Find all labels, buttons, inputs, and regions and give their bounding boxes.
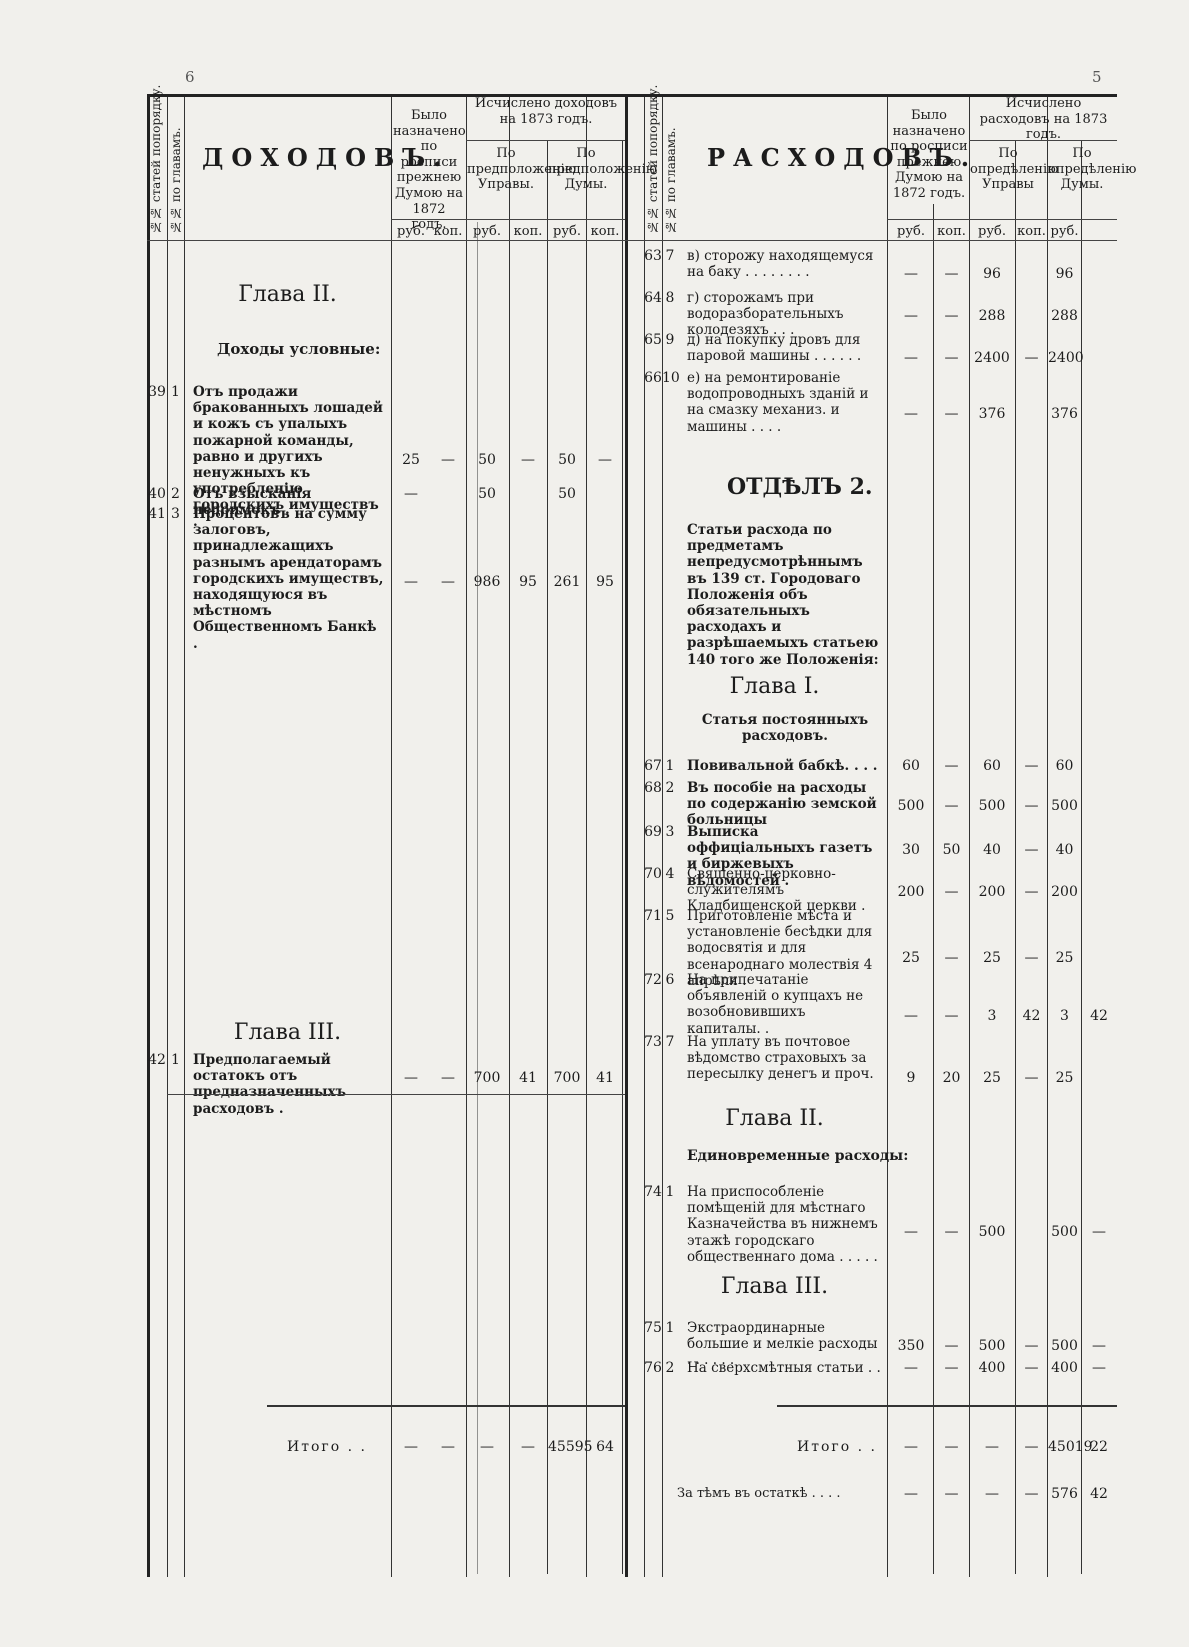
- cell: —: [889, 1360, 933, 1376]
- section-heading: Статья постоянныхъ расходовъ.: [687, 712, 883, 744]
- chapter-number: 2: [167, 486, 184, 502]
- cell: 986: [467, 574, 507, 590]
- cell: 500: [970, 798, 1014, 814]
- kop-label: коп.: [587, 224, 623, 240]
- chapter-number: 5: [662, 908, 678, 924]
- row-text: Предполагаемый остатокъ отъ предназначен…: [193, 1052, 385, 1117]
- remainder-label: За тѣмъ въ остаткѣ . . . .: [677, 1486, 841, 1502]
- row-text: д) на покупку дровъ для паровой машины .…: [687, 332, 883, 364]
- col-header-uprava: По опредѣленію Управы: [970, 146, 1046, 193]
- cell: 40: [1048, 842, 1081, 858]
- rub-label: руб.: [393, 224, 429, 240]
- cell: —: [934, 1008, 969, 1024]
- cell: —: [934, 884, 969, 900]
- row-text: в) сторожу находящемуся на баку . . . . …: [687, 248, 883, 280]
- col-header-uprava: По предположенію Управы.: [467, 146, 545, 193]
- row-number: 64: [644, 290, 662, 306]
- cell: —: [509, 452, 547, 468]
- row-number: 66: [644, 370, 662, 386]
- section-heading: Единовременные расходы:: [687, 1148, 908, 1164]
- col-header-group: Исчислено расходовъ на 1873 годъ.: [970, 96, 1117, 143]
- cell: —: [934, 350, 969, 366]
- rub-label: руб.: [889, 224, 933, 240]
- cell: 261: [548, 574, 586, 590]
- chapter-number: 1: [167, 1052, 184, 1068]
- cell: —: [393, 574, 429, 590]
- row-number: 41: [147, 506, 167, 522]
- cell: —: [1016, 884, 1047, 900]
- col-header-prev: Было назначено по росписи прежнею Думою …: [393, 108, 465, 233]
- cell: —: [431, 574, 465, 590]
- cell: 50: [548, 486, 586, 502]
- cell: 200: [1048, 884, 1081, 900]
- divider: [586, 97, 587, 1577]
- income-total-value: 45595: [548, 1439, 586, 1455]
- rule: [167, 1094, 625, 1095]
- expense-total-label: Итого . .: [797, 1439, 877, 1455]
- cell: 2400: [1048, 350, 1081, 366]
- cell: —: [587, 452, 623, 468]
- chapter-number: 2: [662, 780, 678, 796]
- col-header-group: Исчислено доходовъ на 1873 годъ.: [467, 96, 625, 127]
- cell: —: [1016, 1360, 1047, 1376]
- cell: —: [970, 1439, 1014, 1455]
- budget-table: №№ статей попорядку. №№ по главамъ. ДОХО…: [147, 94, 1117, 1574]
- row-number: 72: [644, 972, 662, 988]
- col-header-duma: По опредѣленію Думы.: [1048, 146, 1116, 193]
- row-number: 70: [644, 866, 662, 882]
- kop-label: коп.: [431, 224, 465, 240]
- cell: —: [934, 406, 969, 422]
- row-text: На уплату въ почтовое вѣдомство страховы…: [687, 1034, 883, 1083]
- cell: —: [889, 266, 933, 282]
- row-number: 75: [644, 1320, 662, 1336]
- cell: —: [889, 1224, 933, 1240]
- cell: —: [889, 1008, 933, 1024]
- chapter-heading: Глава III.: [662, 1274, 887, 1299]
- cell: 500: [1048, 798, 1081, 814]
- cell: 500: [970, 1224, 1014, 1240]
- center-divider: [625, 97, 628, 1577]
- cell: —: [431, 1439, 465, 1455]
- col-header-chapter: №№ по главамъ.: [169, 124, 183, 234]
- chapter-number: 1: [662, 1184, 678, 1200]
- col-header-order: №№ статей попорядку.: [149, 104, 163, 234]
- total-rule: [267, 1405, 625, 1407]
- row-number: 68: [644, 780, 662, 796]
- cell: —: [970, 1486, 1014, 1502]
- cell: 3: [970, 1008, 1014, 1024]
- cell: 200: [970, 884, 1014, 900]
- chapter-number: 1: [167, 384, 184, 400]
- kop-label: коп.: [1016, 224, 1047, 240]
- divider: [622, 140, 623, 1574]
- cell: 25: [1048, 1070, 1081, 1086]
- divider: [477, 222, 478, 1574]
- col-header-order: №№ статей попорядку.: [646, 104, 660, 234]
- cell: —: [934, 1224, 969, 1240]
- cell: —: [431, 1070, 465, 1086]
- cell: —: [1082, 1338, 1116, 1354]
- cell: —: [934, 308, 969, 324]
- cell: —: [1016, 842, 1047, 858]
- cell: —: [431, 452, 465, 468]
- cell: 200: [889, 884, 933, 900]
- cell: 25: [1048, 950, 1081, 966]
- cell: —: [934, 1439, 969, 1455]
- cell: 500: [1048, 1338, 1081, 1354]
- cell: —: [934, 758, 969, 774]
- otdel-description: Статьи расхода по предметамъ непредусмот…: [687, 522, 883, 668]
- income-total-label: Итого . .: [287, 1439, 367, 1455]
- row-number: 63: [644, 248, 662, 264]
- cell: 64: [587, 1439, 623, 1455]
- cell: 25: [970, 950, 1014, 966]
- header-rule: [466, 140, 625, 141]
- cell: 500: [970, 1338, 1014, 1354]
- row-number: 65: [644, 332, 662, 348]
- chapter-number: 7: [662, 1034, 678, 1050]
- divider: [887, 97, 888, 1577]
- cell: —: [393, 486, 429, 502]
- cell: 42: [1082, 1486, 1116, 1502]
- cell: 25: [889, 950, 933, 966]
- cell: —: [1016, 1338, 1047, 1354]
- header-bottom-rule: [147, 240, 1117, 241]
- cell: 400: [970, 1360, 1014, 1376]
- cell: —: [1016, 950, 1047, 966]
- cell: 500: [889, 798, 933, 814]
- cell: —: [934, 1338, 969, 1354]
- cell: 288: [970, 308, 1014, 324]
- cell: 60: [1048, 758, 1081, 774]
- cell: —: [934, 1486, 969, 1502]
- cell: —: [889, 406, 933, 422]
- cell: 376: [1048, 406, 1081, 422]
- cell: 50: [467, 452, 507, 468]
- cell: —: [934, 798, 969, 814]
- cell: 376: [970, 406, 1014, 422]
- cell: 9: [889, 1070, 933, 1086]
- cell: 96: [970, 266, 1014, 282]
- cell: 96: [1048, 266, 1081, 282]
- row-number: 76: [644, 1360, 662, 1376]
- cell: 288: [1048, 308, 1081, 324]
- cell: —: [889, 1439, 933, 1455]
- cell: 500: [1048, 1224, 1081, 1240]
- chapter-number: 1: [662, 758, 678, 774]
- row-number: 74: [644, 1184, 662, 1200]
- cell: —: [467, 1439, 507, 1455]
- cell: 22: [1082, 1439, 1116, 1455]
- cell: 350: [889, 1338, 933, 1354]
- col-header-prev: Было назначено по росписи прежнею Думою …: [889, 108, 969, 202]
- row-number: 40: [147, 486, 167, 502]
- cell: —: [1016, 1070, 1047, 1086]
- cell: 700: [548, 1070, 586, 1086]
- row-number: 71: [644, 908, 662, 924]
- cell: 3: [1048, 1008, 1081, 1024]
- left-border: [147, 97, 150, 1577]
- cell: 20: [934, 1070, 969, 1086]
- kop-label: коп.: [509, 224, 547, 240]
- cell: 42: [1016, 1008, 1047, 1024]
- cell: 50: [934, 842, 969, 858]
- cell: 25: [393, 452, 429, 468]
- cell: 400: [1048, 1360, 1081, 1376]
- cell: —: [1016, 1486, 1047, 1502]
- chapter-number: 3: [662, 824, 678, 840]
- page-number-left: 6: [185, 68, 195, 86]
- chapter-heading: Глава III.: [184, 1020, 391, 1045]
- cell: —: [889, 308, 933, 324]
- divider: [466, 97, 467, 1577]
- row-number: 42: [147, 1052, 167, 1068]
- row-text: На припечатаніе объявленій о купцахъ не …: [687, 972, 883, 1037]
- remainder-value: 576: [1048, 1486, 1081, 1502]
- row-text: На сверхсмѣтныя статьи . .: [687, 1360, 883, 1376]
- row-number: 73: [644, 1034, 662, 1050]
- rub-label: руб.: [970, 224, 1014, 240]
- cell: —: [889, 350, 933, 366]
- cell: 95: [509, 574, 547, 590]
- cell: —: [1016, 758, 1047, 774]
- cell: 25: [970, 1070, 1014, 1086]
- cell: —: [393, 1070, 429, 1086]
- chapter-number: 7: [662, 248, 678, 264]
- divider: [547, 140, 548, 1574]
- row-text: На приспособленіе помѣщеній для мѣстнаго…: [687, 1184, 883, 1265]
- chapter-number: 4: [662, 866, 678, 882]
- row-text: Повивальной бабкѣ. . . .: [687, 758, 883, 774]
- cell: 60: [970, 758, 1014, 774]
- cell: 30: [889, 842, 933, 858]
- row-number: 39: [147, 384, 167, 400]
- cell: —: [934, 1360, 969, 1376]
- rub-label: руб.: [467, 224, 507, 240]
- chapter-number: 9: [662, 332, 678, 348]
- chapter-number: 6: [662, 972, 678, 988]
- row-text: Въ пособіе на расходы по содержанію земс…: [687, 780, 883, 829]
- cell: —: [1082, 1360, 1116, 1376]
- rub-label: руб.: [548, 224, 586, 240]
- cell: 50: [467, 486, 507, 502]
- cell: —: [889, 1486, 933, 1502]
- divider: [167, 97, 168, 1577]
- cell: —: [934, 950, 969, 966]
- cell: —: [509, 1439, 547, 1455]
- divider: [184, 97, 185, 1577]
- cell: 50: [548, 452, 586, 468]
- cell: 42: [1082, 1008, 1116, 1024]
- cell: 41: [587, 1070, 623, 1086]
- cell: 2400: [970, 350, 1014, 366]
- row-text: Процентовъ на сумму залоговъ, принадлежа…: [193, 506, 385, 652]
- chapter-number: 3: [167, 506, 184, 522]
- row-number: 69: [644, 824, 662, 840]
- chapter-number: 8: [662, 290, 678, 306]
- row-text: е) на ремонтированіе водопроводныхъ здан…: [687, 370, 883, 435]
- cell: 40: [970, 842, 1014, 858]
- cell: 60: [889, 758, 933, 774]
- rub-label: руб.: [1048, 224, 1081, 240]
- col-header-duma: По предположенію Думы.: [548, 146, 624, 193]
- cell: 95: [587, 574, 623, 590]
- kop-label: коп.: [934, 224, 969, 240]
- cell: —: [1016, 798, 1047, 814]
- section-heading: Доходы условные:: [217, 340, 380, 358]
- divider: [391, 97, 392, 1577]
- chapter-heading: Глава II.: [662, 1106, 887, 1131]
- chapter-number: 10: [662, 370, 678, 386]
- cell: —: [1082, 1224, 1116, 1240]
- row-number: 67: [644, 758, 662, 774]
- otdel-heading: ОТДѢЛЪ 2.: [727, 474, 873, 500]
- header-rule: [887, 219, 1117, 220]
- chapter-number: 1: [662, 1320, 678, 1336]
- cell: 41: [509, 1070, 547, 1086]
- cell: —: [934, 266, 969, 282]
- chapter-heading: Глава I.: [662, 674, 887, 699]
- total-rule: [777, 1405, 1117, 1407]
- col-header-chapter: №№ по главамъ.: [664, 124, 678, 234]
- chapter-number: 2: [662, 1360, 678, 1376]
- cell: 700: [467, 1070, 507, 1086]
- cell: —: [1016, 350, 1047, 366]
- page-number-right: 5: [1092, 68, 1102, 86]
- cell: —: [393, 1439, 429, 1455]
- expense-total-value: 45019: [1048, 1439, 1081, 1455]
- divider: [509, 97, 510, 1577]
- chapter-heading: Глава II.: [184, 282, 391, 307]
- cell: —: [1016, 1439, 1047, 1455]
